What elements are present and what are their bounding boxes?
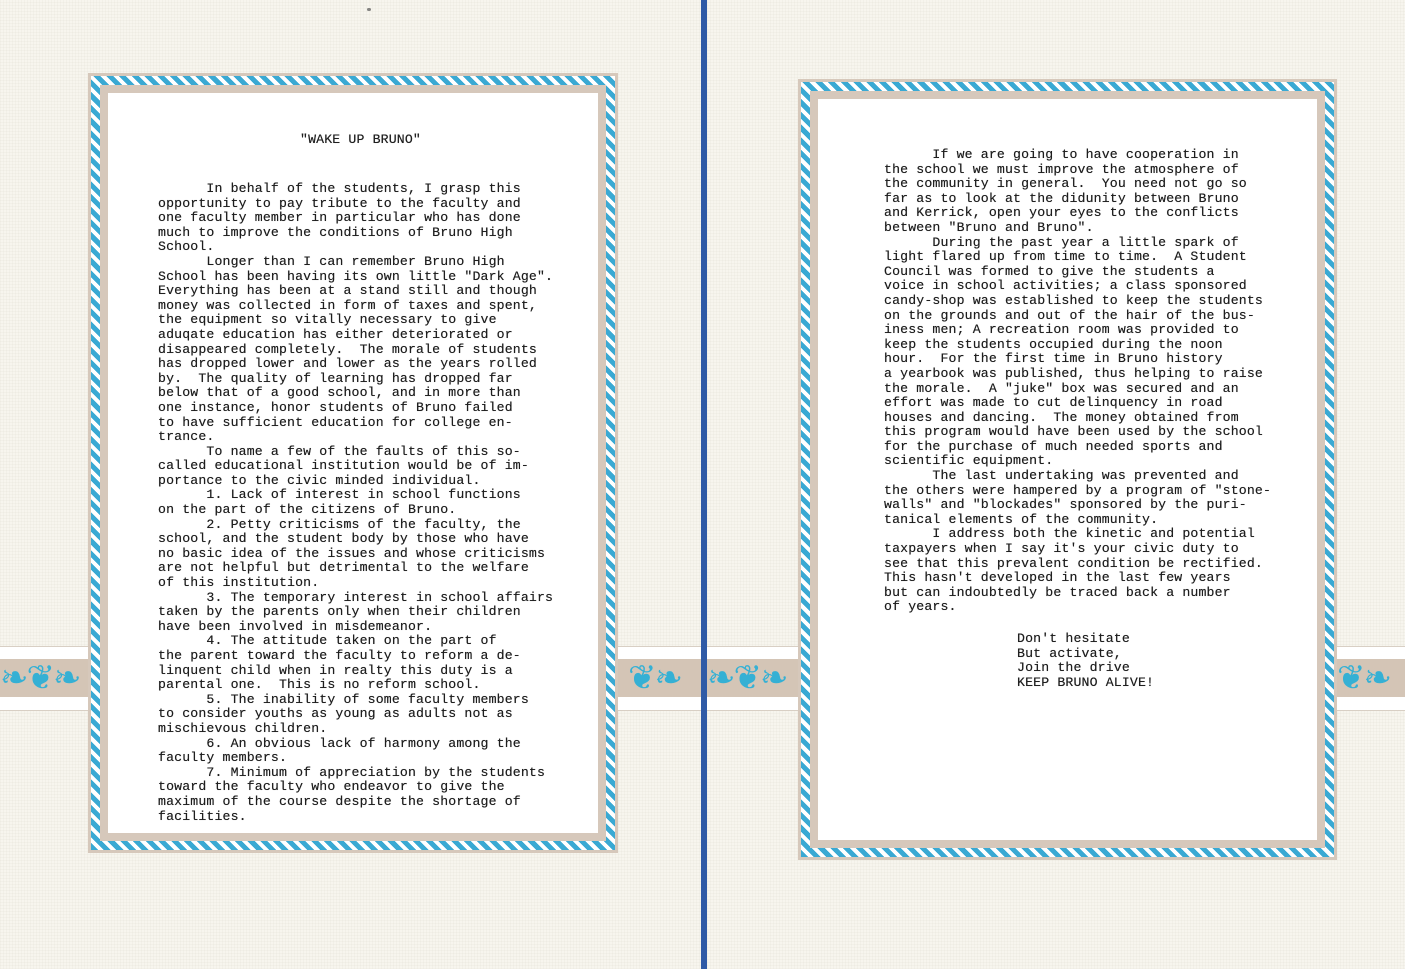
text-line: trance. [158, 430, 553, 445]
text-line: Everything has been at a stand still and… [158, 284, 553, 299]
text-line: see that this prevalent condition be rec… [884, 557, 1271, 572]
text-line: 3. The temporary interest in school affa… [158, 591, 553, 606]
text-line: effort was made to cut delinquency in ro… [884, 396, 1271, 411]
text-line: School. [158, 240, 553, 255]
text-line: iness men; A recreation room was provide… [884, 323, 1271, 338]
text-line: aduqate education has either deteriorate… [158, 328, 553, 343]
paper-speck [367, 8, 371, 11]
text-line: of years. [884, 600, 1271, 615]
text-line: below that of a good school, and in more… [158, 386, 553, 401]
swirl-ornament-icon: ❦❧ [1337, 659, 1405, 697]
text-line: faculty members. [158, 751, 553, 766]
verse-line: But activate, [1017, 647, 1154, 662]
text-line: 2. Petty criticisms of the faculty, the [158, 518, 553, 533]
text-line: In behalf of the students, I grasp this [158, 182, 553, 197]
text-line: no basic idea of the issues and whose cr… [158, 547, 553, 562]
text-line: to have sufficient education for college… [158, 416, 553, 431]
text-line: the equipment so vitally necessary to gi… [158, 313, 553, 328]
text-line: Council was formed to give the students … [884, 265, 1271, 280]
text-line: school, and the student body by those wh… [158, 532, 553, 547]
text-line: keep the students occupied during the no… [884, 338, 1271, 353]
text-line: I address both the kinetic and potential [884, 527, 1271, 542]
text-line: by. The quality of learning has dropped … [158, 372, 553, 387]
left-body-text: In behalf of the students, I grasp thiso… [158, 182, 553, 824]
text-line: During the past year a little spark of [884, 236, 1271, 251]
text-line: tanical elements of the community. [884, 513, 1271, 528]
verse-line: Don't hesitate [1017, 632, 1154, 647]
text-line: To name a few of the faults of this so- [158, 445, 553, 460]
text-line: 7. Minimum of appreciation by the studen… [158, 766, 553, 781]
document-title: "WAKE UP BRUNO" [300, 133, 421, 148]
text-line: School has been having its own little "D… [158, 270, 553, 285]
text-line: toward the faculty who endeavor to give … [158, 780, 553, 795]
right-body-text: If we are going to have cooperation inth… [884, 148, 1271, 615]
text-line: mischievous children. [158, 722, 553, 737]
text-line: the parent toward the faculty to reform … [158, 649, 553, 664]
text-line: money was collected in form of taxes and… [158, 299, 553, 314]
text-line: disappeared completely. The morale of st… [158, 343, 553, 358]
text-line: the morale. A "juke" box was secured and… [884, 382, 1271, 397]
verse-line: KEEP BRUNO ALIVE! [1017, 676, 1154, 691]
text-line: light flared up from time to time. A Stu… [884, 250, 1271, 265]
text-line: for the purchase of much needed sports a… [884, 440, 1271, 455]
text-line: the others were hampered by a program of… [884, 484, 1271, 499]
text-line: candy-shop was established to keep the s… [884, 294, 1271, 309]
swirl-ornament-icon: ❦❧ [628, 659, 701, 697]
text-line: linquent child when in realty this duty … [158, 664, 553, 679]
closing-verse: Don't hesitateBut activate,Join the driv… [1017, 632, 1154, 690]
text-line: 6. An obvious lack of harmony among the [158, 737, 553, 752]
text-line: hour. For the first time in Bruno histor… [884, 352, 1271, 367]
text-line: the school we must improve the atmospher… [884, 163, 1271, 178]
text-line: If we are going to have cooperation in [884, 148, 1271, 163]
text-line: 4. The attitude taken on the part of [158, 634, 553, 649]
text-line: opportunity to pay tribute to the facult… [158, 197, 553, 212]
text-line: scientific equipment. [884, 454, 1271, 469]
text-line: far as to look at the didunity between B… [884, 192, 1271, 207]
text-line: voice in school activities; a class spon… [884, 279, 1271, 294]
text-line: has dropped lower and lower as the years… [158, 357, 553, 372]
text-line: This hasn't developed in the last few ye… [884, 571, 1271, 586]
text-line: one faculty member in particular who has… [158, 211, 553, 226]
text-line: maximum of the course despite the shorta… [158, 795, 553, 810]
text-line: houses and dancing. The money obtained f… [884, 411, 1271, 426]
text-line: have been involved in misdemeanor. [158, 620, 553, 635]
text-line: this program would have been used by the… [884, 425, 1271, 440]
text-line: 1. Lack of interest in school functions [158, 488, 553, 503]
text-line: between "Bruno and Bruno". [884, 221, 1271, 236]
verse-line: Join the drive [1017, 661, 1154, 676]
text-line: and Kerrick, open your eyes to the confl… [884, 206, 1271, 221]
text-line: the community in general. You need not g… [884, 177, 1271, 192]
text-line: The last undertaking was prevented and [884, 469, 1271, 484]
text-line: taxpayers when I say it's your civic dut… [884, 542, 1271, 557]
swirl-ornament-icon: ❧❦❧ [707, 659, 799, 697]
text-line: a yearbook was published, thus helping t… [884, 367, 1271, 382]
text-line: on the grounds and out of the hair of th… [884, 309, 1271, 324]
swirl-ornament-icon: ❧❦❧ [0, 659, 90, 697]
text-line: are not helpful but detrimental to the w… [158, 561, 553, 576]
text-line: one instance, honor students of Bruno fa… [158, 401, 553, 416]
text-line: portance to the civic minded individual. [158, 474, 553, 489]
text-line: taken by the parents only when their chi… [158, 605, 553, 620]
text-line: but can indoubtedly be traced back a num… [884, 586, 1271, 601]
text-line: much to improve the conditions of Bruno … [158, 226, 553, 241]
text-line: parental one. This is no reform school. [158, 678, 553, 693]
text-line: Longer than I can remember Bruno High [158, 255, 553, 270]
text-line: 5. The inability of some faculty members [158, 693, 553, 708]
text-line: on the part of the citizens of Bruno. [158, 503, 553, 518]
text-line: of this institution. [158, 576, 553, 591]
text-line: called educational institution would be … [158, 459, 553, 474]
text-line: to consider youths as young as adults no… [158, 707, 553, 722]
text-line: walls" and "blockades" sponsored by the … [884, 498, 1271, 513]
text-line: facilities. [158, 810, 553, 825]
